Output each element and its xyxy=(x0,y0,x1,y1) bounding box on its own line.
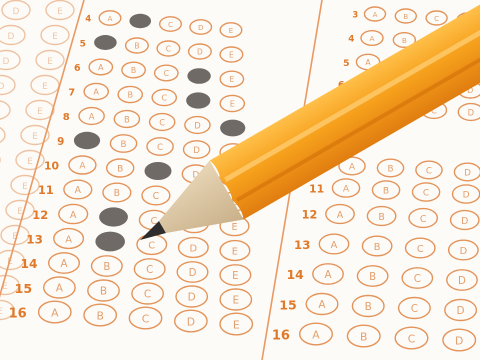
question-number: 6 xyxy=(74,63,81,74)
svg-text:B: B xyxy=(134,42,139,51)
svg-text:A: A xyxy=(89,111,95,121)
svg-text:A: A xyxy=(61,259,68,270)
svg-text:B: B xyxy=(365,301,372,313)
svg-text:D: D xyxy=(3,57,10,67)
svg-text:B: B xyxy=(378,212,384,223)
question-number: 5 xyxy=(80,39,86,49)
svg-text:D: D xyxy=(13,7,20,17)
svg-text:D: D xyxy=(8,32,15,42)
answer-bubble-a[interactable] xyxy=(94,35,117,50)
svg-text:A: A xyxy=(337,210,344,221)
svg-text:C: C xyxy=(414,274,421,285)
answer-bubble-b[interactable] xyxy=(129,14,151,28)
question-number: 7 xyxy=(68,88,75,99)
svg-text:A: A xyxy=(108,14,113,23)
svg-text:A: A xyxy=(331,240,338,251)
svg-text:E: E xyxy=(57,7,63,17)
svg-text:B: B xyxy=(100,286,107,298)
svg-text:B: B xyxy=(360,330,367,343)
question-number: 14 xyxy=(21,257,38,271)
svg-text:E: E xyxy=(232,246,238,257)
answer-bubble-b[interactable] xyxy=(99,207,128,226)
question-number: 12 xyxy=(302,209,318,222)
svg-text:D: D xyxy=(197,48,203,57)
svg-text:A: A xyxy=(51,306,59,319)
svg-text:B: B xyxy=(383,187,389,197)
svg-text:B: B xyxy=(402,36,407,45)
answer-bubble-b[interactable] xyxy=(95,232,125,252)
svg-text:C: C xyxy=(148,240,155,251)
svg-text:C: C xyxy=(423,189,429,199)
svg-text:A: A xyxy=(75,185,82,196)
question-number: 16 xyxy=(272,328,290,343)
svg-text:A: A xyxy=(93,87,99,97)
svg-text:E: E xyxy=(230,99,235,109)
question-number: 15 xyxy=(279,297,297,312)
svg-text:C: C xyxy=(164,69,170,78)
svg-text:C: C xyxy=(159,117,165,127)
question-number: 16 xyxy=(9,306,27,321)
svg-text:B: B xyxy=(96,309,103,322)
question-number: 3 xyxy=(352,10,358,20)
svg-text:B: B xyxy=(114,188,120,199)
svg-text:C: C xyxy=(168,20,173,29)
svg-text:B: B xyxy=(103,262,110,273)
svg-text:E: E xyxy=(0,307,3,317)
svg-text:B: B xyxy=(387,165,393,175)
answer-sheet-photo: DEDEDEDEDEDEDEDEDEDEDEDEDE 4ACDE5BCDE6AB… xyxy=(0,0,480,360)
svg-text:D: D xyxy=(193,146,200,156)
answer-bubble-d[interactable] xyxy=(186,92,210,108)
svg-text:A: A xyxy=(343,185,350,195)
svg-text:D: D xyxy=(468,107,474,117)
svg-text:D: D xyxy=(458,276,466,287)
question-number: 15 xyxy=(15,281,33,296)
svg-text:A: A xyxy=(370,34,375,43)
svg-text:C: C xyxy=(153,191,160,202)
svg-text:E: E xyxy=(232,295,239,307)
svg-text:E: E xyxy=(47,57,53,67)
svg-text:E: E xyxy=(229,75,234,84)
svg-text:C: C xyxy=(434,15,439,23)
svg-text:D: D xyxy=(455,334,463,347)
svg-text:E: E xyxy=(37,107,43,117)
svg-text:C: C xyxy=(142,312,150,325)
question-number: 10 xyxy=(44,160,59,173)
svg-text:A: A xyxy=(373,11,378,19)
question-number: 11 xyxy=(38,184,54,197)
svg-text:A: A xyxy=(79,162,86,172)
svg-text:D: D xyxy=(194,120,200,130)
svg-text:A: A xyxy=(365,58,371,67)
svg-text:D: D xyxy=(198,23,204,32)
question-number: 9 xyxy=(57,136,64,148)
svg-text:E: E xyxy=(229,51,234,60)
svg-text:A: A xyxy=(312,328,320,341)
svg-text:A: A xyxy=(70,210,77,221)
question-number: 4 xyxy=(348,35,354,45)
svg-text:D: D xyxy=(187,315,195,328)
svg-text:B: B xyxy=(374,242,381,253)
svg-text:A: A xyxy=(349,163,355,173)
question-number: 4 xyxy=(85,15,91,25)
svg-text:C: C xyxy=(411,303,418,315)
question-number: 14 xyxy=(287,268,304,282)
question-number: 5 xyxy=(343,58,349,69)
svg-text:A: A xyxy=(98,63,104,72)
question-number: 8 xyxy=(63,112,70,123)
svg-text:E: E xyxy=(232,271,238,282)
svg-text:E: E xyxy=(231,222,237,233)
svg-text:E: E xyxy=(32,132,38,142)
svg-text:D: D xyxy=(188,292,196,304)
svg-text:E: E xyxy=(233,318,240,331)
svg-text:B: B xyxy=(403,13,408,21)
svg-text:D: D xyxy=(457,305,465,317)
svg-text:B: B xyxy=(369,272,376,283)
svg-text:C: C xyxy=(161,93,167,103)
question-number: 13 xyxy=(294,238,310,252)
svg-text:C: C xyxy=(144,289,151,301)
svg-text:D: D xyxy=(461,216,468,227)
svg-text:C: C xyxy=(417,244,424,255)
svg-text:D: D xyxy=(189,268,197,279)
svg-text:A: A xyxy=(318,299,326,311)
svg-text:D: D xyxy=(0,82,5,92)
answer-bubble-c[interactable] xyxy=(145,162,172,180)
svg-text:A: A xyxy=(56,283,64,295)
svg-text:C: C xyxy=(408,332,416,345)
svg-text:D: D xyxy=(464,169,471,179)
svg-text:D: D xyxy=(460,246,468,257)
svg-text:E: E xyxy=(229,26,234,35)
svg-text:C: C xyxy=(420,214,427,225)
svg-text:E: E xyxy=(27,157,33,167)
svg-text:C: C xyxy=(166,45,171,54)
svg-text:E: E xyxy=(42,82,48,92)
svg-text:B: B xyxy=(127,90,133,100)
answer-bubble-e[interactable] xyxy=(220,120,245,137)
svg-text:E: E xyxy=(52,32,58,42)
answer-bubble-d[interactable] xyxy=(187,68,210,84)
svg-text:A: A xyxy=(325,270,332,281)
svg-text:B: B xyxy=(131,66,136,75)
svg-text:C: C xyxy=(157,143,163,153)
svg-text:A: A xyxy=(65,234,72,245)
svg-text:E: E xyxy=(22,182,28,192)
answer-bubble-a[interactable] xyxy=(74,132,100,149)
svg-text:D: D xyxy=(190,243,198,254)
svg-text:B: B xyxy=(117,165,123,175)
svg-text:C: C xyxy=(146,265,153,276)
svg-text:B: B xyxy=(121,140,127,150)
svg-text:B: B xyxy=(124,114,130,124)
question-number: 12 xyxy=(32,208,48,222)
question-number: 11 xyxy=(309,183,324,196)
svg-text:C: C xyxy=(426,167,432,177)
question-number: 13 xyxy=(26,232,43,246)
svg-text:D: D xyxy=(463,191,470,201)
